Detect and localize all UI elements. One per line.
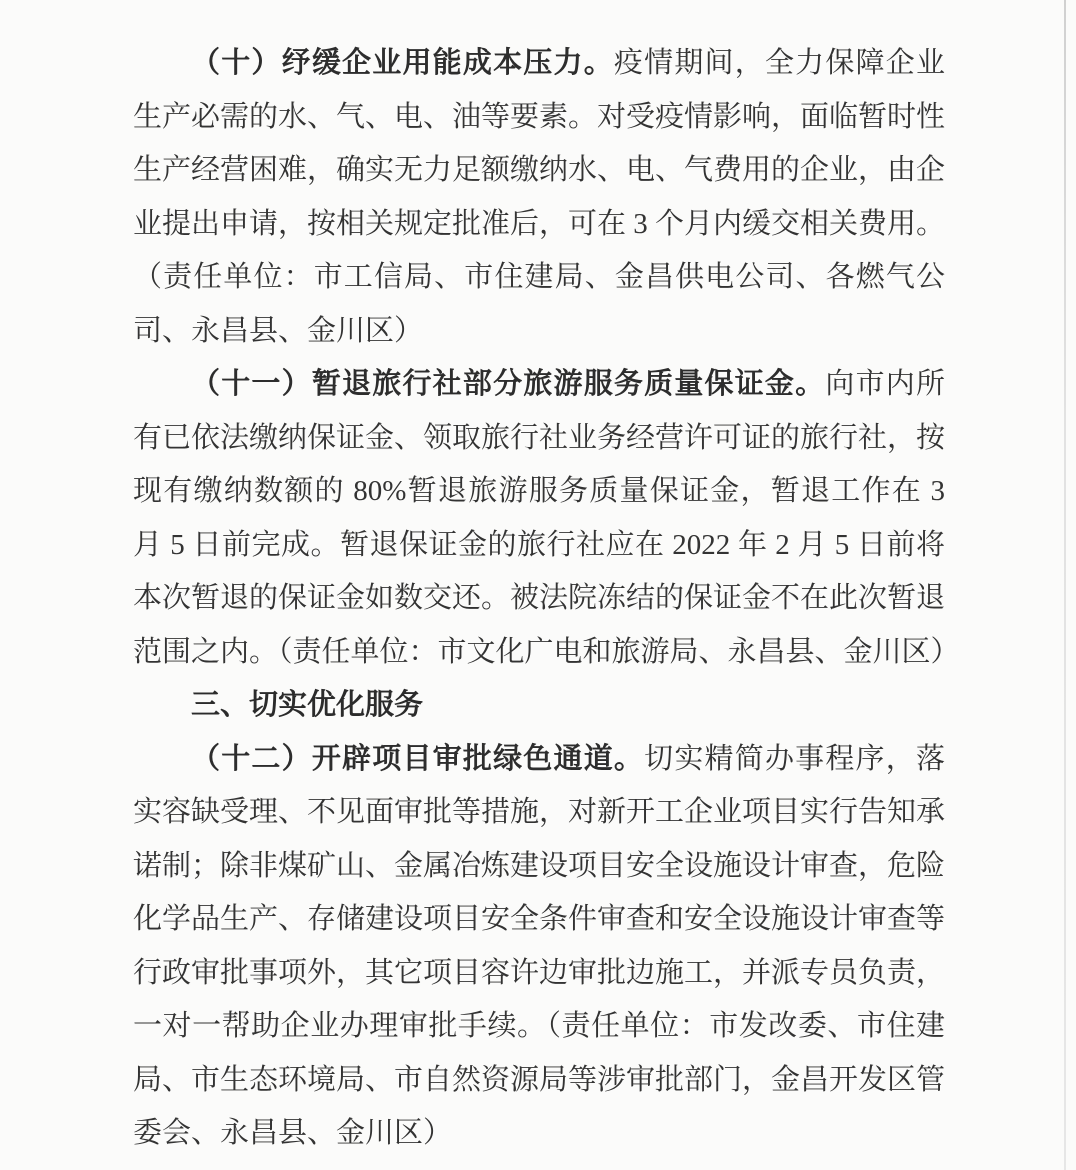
paragraph-item-ten-body: 疫情期间，全力保障企业生产必需的水、气、电、油等要素。对受疫情影响，面临暂时性生… bbox=[133, 47, 945, 347]
paragraph-item-ten-lead: （十）纾缓企业用能成本压力。 bbox=[191, 47, 614, 79]
paragraph-item-ten: （十）纾缓企业用能成本压力。疫情期间，全力保障企业生产必需的水、气、电、油等要素… bbox=[133, 37, 945, 358]
paragraph-item-eleven: （十一）暂退旅行社部分旅游服务质量保证金。向市内所有已依法缴纳保证金、领取旅行社… bbox=[133, 358, 945, 679]
paragraph-item-twelve-lead: （十二）开辟项目审批绿色通道。 bbox=[191, 743, 644, 775]
document-text-area: （十）纾缓企业用能成本压力。疫情期间，全力保障企业生产必需的水、气、电、油等要素… bbox=[133, 37, 945, 1161]
paragraph-item-twelve: （十二）开辟项目审批绿色通道。切实精简办事程序，落实容缺受理、不见面审批等措施，… bbox=[133, 733, 945, 1161]
paragraph-item-eleven-body: 向市内所有已依法缴纳保证金、领取旅行社业务经营许可证的旅行社，按现有缴纳数额的 … bbox=[133, 368, 960, 668]
scanned-document-page: （十）纾缓企业用能成本压力。疫情期间，全力保障企业生产必需的水、气、电、油等要素… bbox=[0, 0, 1076, 1170]
paragraph-item-twelve-body: 切实精简办事程序，落实容缺受理、不见面审批等措施，对新开工企业项目实行告知承诺制… bbox=[133, 743, 945, 1150]
scan-edge-artifact bbox=[1064, 0, 1066, 1170]
paragraph-item-eleven-lead: （十一）暂退旅行社部分旅游服务质量保证金。 bbox=[191, 368, 825, 400]
section-heading-three: 三、切实优化服务 bbox=[133, 679, 945, 733]
